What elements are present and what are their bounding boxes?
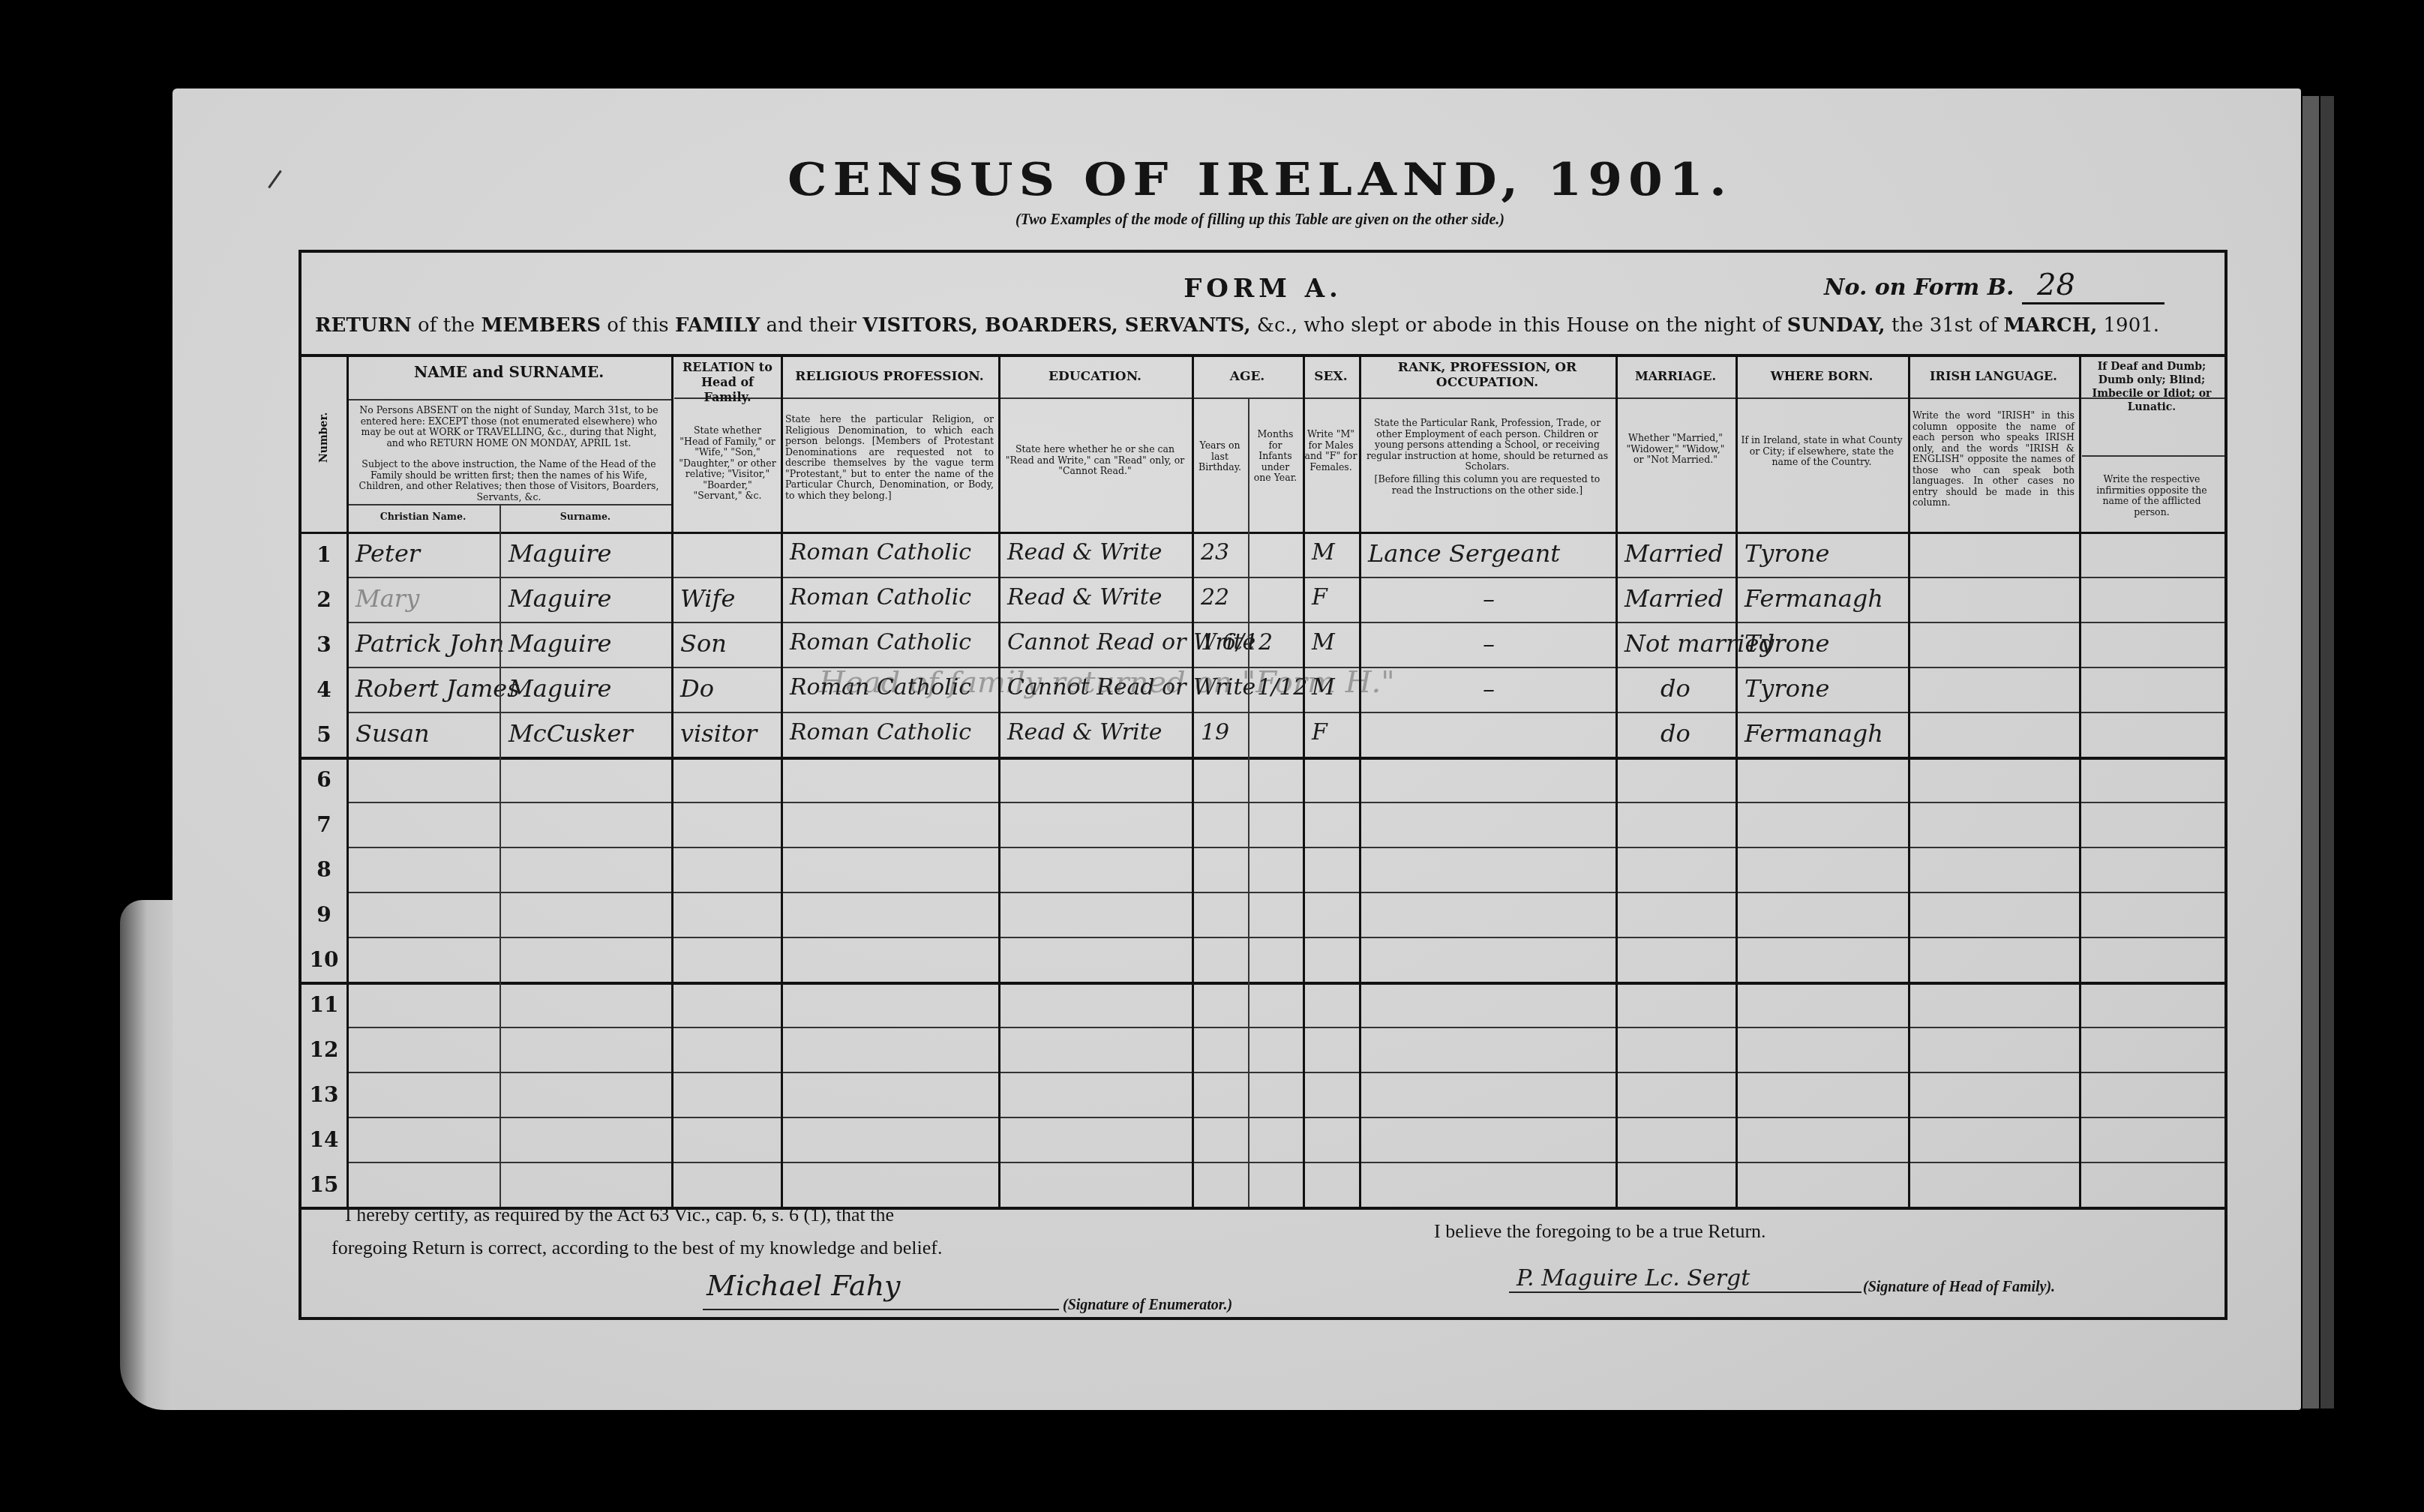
cell-surname[interactable]: Maguire (508, 539, 611, 568)
header-sex: SEX. (1303, 367, 1359, 385)
cell-occupation[interactable]: – (1483, 584, 1495, 613)
cell-born[interactable]: Tyrone (1744, 674, 1830, 703)
return-text: &c., who slept or abode in this House on… (1250, 314, 1786, 337)
header-marriage: MARRIAGE. (1615, 367, 1735, 385)
cell-marriage[interactable]: Married (1624, 584, 1723, 613)
cell-occupation[interactable]: – (1483, 674, 1495, 703)
header-education-instruction: State here whether he or she can "Read a… (998, 444, 1192, 477)
cell-age-years[interactable]: 1 6/12 (1201, 629, 1273, 655)
header-occupation: RANK, PROFESSION, OR OCCUPATION. (1359, 360, 1615, 390)
head-signature-line (1509, 1291, 1861, 1293)
form-b-label: No. on Form B. (1824, 274, 2014, 301)
row-line (346, 937, 2224, 938)
cell-occupation[interactable]: – (1483, 629, 1495, 658)
return-text: FAMILY (675, 314, 760, 337)
return-text: of the (412, 314, 481, 337)
form-b-number[interactable]: 28 (2022, 268, 2164, 304)
cell-christian[interactable]: Robert James (355, 674, 520, 703)
row-line (346, 712, 2224, 713)
cell-education[interactable]: Read & Write (1007, 539, 1162, 565)
header-name-instruction: No Persons ABSENT on the night of Sunday… (346, 405, 671, 448)
header-sex-instruction: Write "M" for Males and "F" for Females. (1303, 429, 1359, 472)
grid-line (346, 399, 671, 400)
row-number: 14 (301, 1127, 346, 1152)
row-number: 15 (301, 1172, 346, 1197)
header-age: AGE. (1192, 367, 1303, 385)
row-number: 10 (301, 947, 346, 972)
grid-line (1303, 354, 1305, 1207)
cell-age-years[interactable]: 23 (1201, 539, 1229, 565)
row-number: 6 (301, 767, 346, 792)
row-line (301, 757, 2224, 760)
row-line (346, 667, 2224, 668)
row-number: 13 (301, 1082, 346, 1107)
page-fold-edge (120, 900, 180, 1410)
enumerator-signature-line (703, 1309, 1059, 1310)
header-age-months: Months for Infants under one Year. (1248, 429, 1303, 484)
cell-surname[interactable]: McCusker (508, 719, 633, 748)
grid-line (1615, 354, 1618, 1207)
cell-surname[interactable]: Maguire (508, 674, 611, 703)
enumerator-certification-line-2: foregoing Return is correct, according t… (331, 1237, 942, 1259)
cell-religion[interactable]: Roman Catholic (790, 719, 971, 745)
head-signature[interactable]: P. Maguire Lc. Sergt (1516, 1265, 1750, 1291)
header-infirmity: If Deaf and Dumb; Dumb only; Blind; Imbe… (2079, 360, 2224, 414)
row-number: 4 (301, 677, 346, 702)
grid-line (301, 532, 2224, 534)
header-relation-instruction: State whether "Head of Family," or "Wife… (674, 425, 781, 502)
header-occupation-instruction: State the Particular Rank, Profession, T… (1359, 418, 1615, 472)
cell-relation[interactable]: Son (680, 629, 727, 658)
grid-line (998, 354, 1000, 1207)
header-surname: Surname. (499, 511, 671, 523)
row-line (301, 982, 2224, 985)
cell-surname[interactable]: Maguire (508, 629, 611, 658)
cell-relation[interactable]: Do (680, 674, 714, 703)
cell-christian[interactable]: Susan (355, 719, 430, 748)
cell-marriage[interactable]: do (1660, 719, 1690, 748)
row-line (346, 577, 2224, 578)
cell-christian[interactable]: Patrick John (355, 629, 504, 658)
header-marriage-instruction: Whether "Married," "Widower," "Widow," o… (1615, 433, 1735, 466)
document-title: CENSUS OF IRELAND, 1901. (652, 152, 1867, 206)
head-certification: I believe the foregoing to be a true Ret… (1434, 1220, 1766, 1243)
grid-line (674, 397, 2224, 399)
grid-line (2082, 455, 2224, 457)
row-number: 12 (301, 1037, 346, 1062)
header-name: NAME and SURNAME. (346, 363, 671, 381)
row-number: 3 (301, 632, 346, 657)
row-number: 8 (301, 857, 346, 882)
form-b-number-field: No. on Form B. 28 (1824, 268, 2164, 304)
header-occupation-note: [Before filling this column you are requ… (1359, 474, 1615, 496)
grid-line (2079, 354, 2081, 1207)
row-number: 7 (301, 812, 346, 837)
header-age-years: Years on last Birthday. (1192, 440, 1248, 473)
row-line (346, 802, 2224, 803)
return-text: VISITORS, BOARDERS, SERVANTS, (862, 314, 1250, 337)
cell-education[interactable]: Read & Write (1007, 584, 1162, 610)
row-number: 2 (301, 587, 346, 612)
cell-born[interactable]: Fermanagh (1744, 719, 1883, 748)
header-irish-language: IRISH LANGUAGE. (1908, 367, 2079, 385)
row-line (346, 622, 2224, 623)
row-number: 9 (301, 902, 346, 927)
cell-marriage[interactable]: Married (1624, 539, 1723, 568)
header-religion-instruction: State here the particular Religion, or R… (781, 414, 998, 501)
row-number: 1 (301, 542, 346, 567)
row-line (346, 1072, 2224, 1073)
return-text: the 31st of (1885, 314, 2004, 337)
cell-relation[interactable]: Wife (680, 584, 735, 613)
cell-religion[interactable]: Roman Catholic (790, 629, 971, 655)
cell-occupation[interactable]: Lance Sergeant (1368, 539, 1560, 568)
header-education: EDUCATION. (998, 367, 1192, 385)
return-text: MEMBERS (481, 314, 601, 337)
grid-line (301, 354, 2224, 357)
head-signature-label: (Signature of Head of Family). (1863, 1279, 2055, 1296)
row-number: 5 (301, 722, 346, 747)
row-line (346, 1027, 2224, 1028)
cell-religion[interactable]: Roman Catholic (790, 539, 971, 565)
header-christian-name: Christian Name. (346, 511, 499, 523)
grid-line (346, 504, 671, 505)
row-line (346, 1162, 2224, 1163)
cell-sex[interactable]: M (1312, 629, 1335, 655)
grid-line (1248, 399, 1249, 1207)
page-stack-edge (2302, 96, 2319, 1408)
grid-line (346, 354, 349, 1207)
return-text: 1901. (2097, 314, 2159, 337)
row-line (346, 847, 2224, 848)
cell-sex[interactable]: F (1312, 584, 1327, 610)
grid-line (499, 504, 501, 1207)
cell-christian[interactable]: Peter (355, 539, 420, 568)
cell-born[interactable]: Tyrone (1744, 539, 1830, 568)
cell-education[interactable]: Read & Write (1007, 719, 1162, 745)
cell-sex[interactable]: F (1312, 719, 1327, 745)
grid-line (1192, 354, 1194, 1207)
return-statement: RETURN of the MEMBERS of this FAMILY and… (315, 314, 2212, 337)
row-line (346, 1117, 2224, 1118)
header-irish-instruction: Write the word "IRISH" in this column op… (1908, 410, 2079, 508)
header-religion: RELIGIOUS PROFESSION. (781, 367, 998, 385)
return-text: SUNDAY, (1787, 314, 1885, 337)
grid-line (1735, 354, 1738, 1207)
grid-line (1359, 354, 1361, 1207)
enumerator-certification-line-1: I hereby certify, as required by the Act… (345, 1204, 894, 1226)
cell-education[interactable]: Cannot Read or Write (1007, 674, 1255, 700)
cell-born[interactable]: Fermanagh (1744, 584, 1883, 613)
form-a-table: FORM A. No. on Form B. 28 RETURN of the … (298, 250, 2227, 1320)
return-text: of this (601, 314, 675, 337)
row-number: 11 (301, 992, 346, 1017)
header-name-subject: Subject to the above instruction, the Na… (346, 459, 671, 502)
cell-age-years[interactable]: 19 (1201, 719, 1229, 745)
grid-line (1908, 354, 1910, 1207)
header-where-born-instruction: If in Ireland, state in what County or C… (1735, 435, 1908, 468)
enumerator-signature[interactable]: Michael Fahy (706, 1269, 901, 1302)
return-text: MARCH, (2003, 314, 2097, 337)
cell-christian[interactable]: Mary (355, 584, 419, 613)
document-subtitle: (Two Examples of the mode of filling up … (652, 211, 1867, 229)
enumerator-signature-label: (Signature of Enumerator.) (1063, 1297, 1232, 1314)
cell-sex[interactable]: M (1312, 539, 1335, 565)
cell-sex[interactable]: M (1312, 674, 1335, 700)
cell-religion[interactable]: Roman Catholic (790, 584, 971, 610)
row-line (346, 892, 2224, 893)
return-text: and their (760, 314, 862, 337)
cell-marriage[interactable]: do (1660, 674, 1690, 703)
cell-age-years[interactable]: 22 (1201, 584, 1229, 610)
cell-born[interactable]: Tyrone (1744, 629, 1830, 658)
cell-surname[interactable]: Maguire (508, 584, 611, 613)
page-stack-edge-dark (2320, 96, 2334, 1408)
cell-age-months[interactable]: 1/12 (1257, 674, 1307, 700)
header-relation: RELATION to Head of Family. (674, 360, 781, 405)
header-where-born: WHERE BORN. (1735, 367, 1908, 385)
cell-relation[interactable]: visitor (680, 719, 757, 748)
grid-line (671, 354, 673, 1207)
header-number: Number. (318, 415, 330, 463)
return-text: RETURN (315, 314, 412, 337)
cell-religion[interactable]: Roman Catholic (790, 674, 971, 700)
header-infirmity-instruction: Write the respective infirmities opposit… (2079, 474, 2224, 517)
grid-line (781, 354, 783, 1207)
